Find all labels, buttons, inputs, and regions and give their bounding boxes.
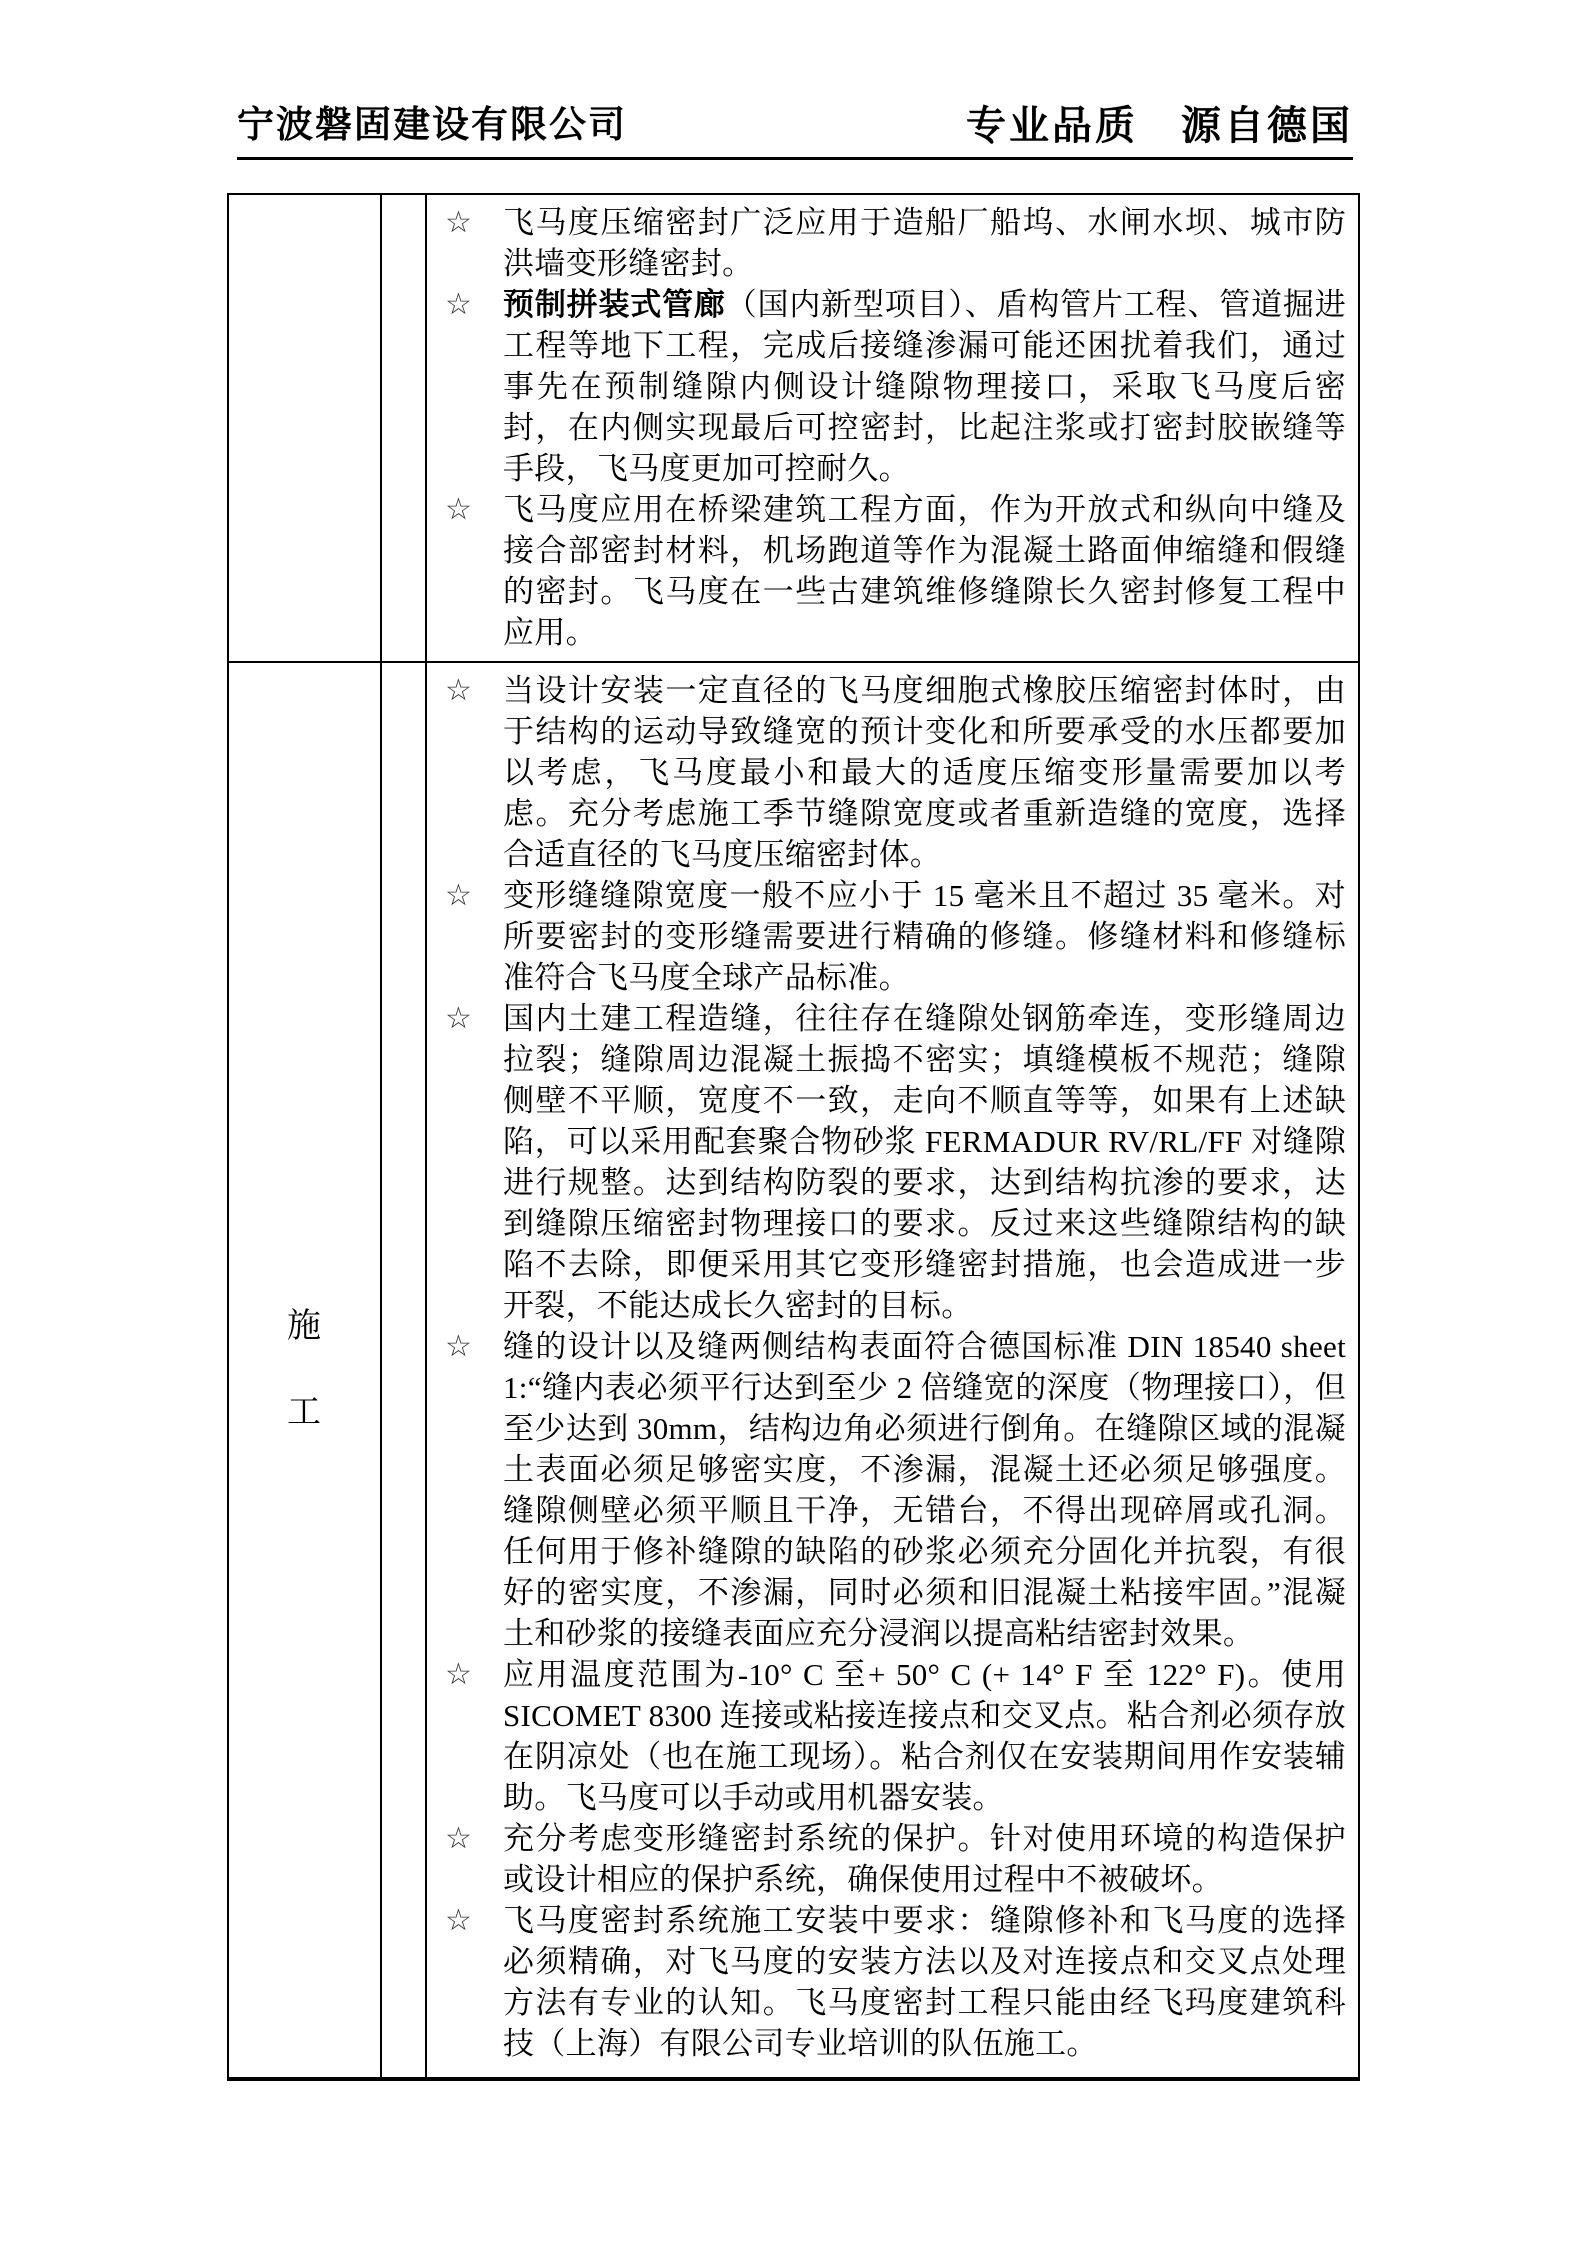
content-cell: ☆飞马度压缩密封广泛应用于造船厂船坞、水闸水坝、城市防洪墙变形缝密封。☆预制拼装… [427, 195, 1358, 661]
row-label-char: 工 [287, 1396, 322, 1430]
bullet-item: ☆当设计安装一定直径的飞马度细胞式橡胶压缩密封体时，由于结构的运动导致缝宽的预计… [445, 670, 1346, 875]
bullet-item: ☆飞马度密封系统施工安装中要求：缝隙修补和飞马度的选择必须精确，对飞马度的安装方… [445, 1900, 1346, 2064]
star-icon: ☆ [445, 1818, 479, 1859]
bullet-item: ☆缝的设计以及缝两侧结构表面符合德国标准 DIN 18540 sheet 1:“… [445, 1326, 1346, 1654]
star-icon: ☆ [445, 670, 479, 711]
star-icon: ☆ [445, 489, 479, 530]
bullet-item: ☆飞马度压缩密封广泛应用于造船厂船坞、水闸水坝、城市防洪墙变形缝密封。 [445, 202, 1346, 284]
spacer-cell [382, 663, 427, 2077]
bullet-item: ☆国内土建工程造缝，往往存在缝隙处钢筋牵连，变形缝周边拉裂；缝隙周边混凝土振捣不… [445, 998, 1346, 1326]
table-row-applications: ☆飞马度压缩密封广泛应用于造船厂船坞、水闸水坝、城市防洪墙变形缝密封。☆预制拼装… [229, 195, 1358, 661]
star-icon: ☆ [445, 202, 479, 243]
bullet-text: 飞马度密封系统施工安装中要求：缝隙修补和飞马度的选择必须精确，对飞马度的安装方法… [503, 1900, 1346, 2064]
bullet-text: 应用温度范围为-10° C 至+ 50° C (+ 14° F 至 122° F… [503, 1654, 1346, 1818]
table-row-construction: 施工 ☆当设计安装一定直径的飞马度细胞式橡胶压缩密封体时，由于结构的运动导致缝宽… [229, 661, 1358, 2077]
bullet-text: 预制拼装式管廊（国内新型项目）、盾构管片工程、管道掘进工程等地下工程，完成后接缝… [503, 284, 1346, 489]
bullet-text: 当设计安装一定直径的飞马度细胞式橡胶压缩密封体时，由于结构的运动导致缝宽的预计变… [503, 670, 1346, 875]
page-header: 宁波磐固建设有限公司 专业品质 源自德国 [237, 104, 1353, 160]
bullet-item: ☆充分考虑变形缝密封系统的保护。针对使用环境的构造保护或设计相应的保护系统，确保… [445, 1818, 1346, 1900]
bullet-text: 飞马度应用在桥梁建筑工程方面，作为开放式和纵向中缝及接合部密封材料，机场跑道等作… [503, 489, 1346, 653]
slogan-text: 专业品质 源自德国 [966, 104, 1353, 148]
star-icon: ☆ [445, 284, 479, 325]
star-icon: ☆ [445, 998, 479, 1039]
company-name: 宁波磐固建设有限公司 [237, 104, 627, 148]
row-label-cell [229, 195, 382, 661]
star-icon: ☆ [445, 1326, 479, 1367]
star-icon: ☆ [445, 875, 479, 916]
bullet-text: 缝的设计以及缝两侧结构表面符合德国标准 DIN 18540 sheet 1:“缝… [503, 1326, 1346, 1654]
content-table: ☆飞马度压缩密封广泛应用于造船厂船坞、水闸水坝、城市防洪墙变形缝密封。☆预制拼装… [227, 193, 1360, 2081]
bullet-text: 充分考虑变形缝密封系统的保护。针对使用环境的构造保护或设计相应的保护系统，确保使… [503, 1818, 1346, 1900]
row-label-cell: 施工 [229, 663, 382, 2077]
document-page: 宁波磐固建设有限公司 专业品质 源自德国 ☆飞马度压缩密封广泛应用于造船厂船坞、… [0, 0, 1587, 2245]
bullet-text: 变形缝缝隙宽度一般不应小于 15 毫米且不超过 35 毫米。对所要密封的变形缝需… [503, 875, 1346, 998]
bullet-item: ☆预制拼装式管廊（国内新型项目）、盾构管片工程、管道掘进工程等地下工程，完成后接… [445, 284, 1346, 489]
content-cell: ☆当设计安装一定直径的飞马度细胞式橡胶压缩密封体时，由于结构的运动导致缝宽的预计… [427, 663, 1358, 2077]
bullet-item: ☆应用温度范围为-10° C 至+ 50° C (+ 14° F 至 122° … [445, 1654, 1346, 1818]
bullet-text: 飞马度压缩密封广泛应用于造船厂船坞、水闸水坝、城市防洪墙变形缝密封。 [503, 202, 1346, 284]
bullet-item: ☆变形缝缝隙宽度一般不应小于 15 毫米且不超过 35 毫米。对所要密封的变形缝… [445, 875, 1346, 998]
bullet-text: 国内土建工程造缝，往往存在缝隙处钢筋牵连，变形缝周边拉裂；缝隙周边混凝土振捣不密… [503, 998, 1346, 1326]
bullet-item: ☆飞马度应用在桥梁建筑工程方面，作为开放式和纵向中缝及接合部密封材料，机场跑道等… [445, 489, 1346, 653]
row-label-char: 施 [287, 1310, 322, 1344]
star-icon: ☆ [445, 1900, 479, 1941]
star-icon: ☆ [445, 1654, 479, 1695]
spacer-cell [382, 195, 427, 661]
